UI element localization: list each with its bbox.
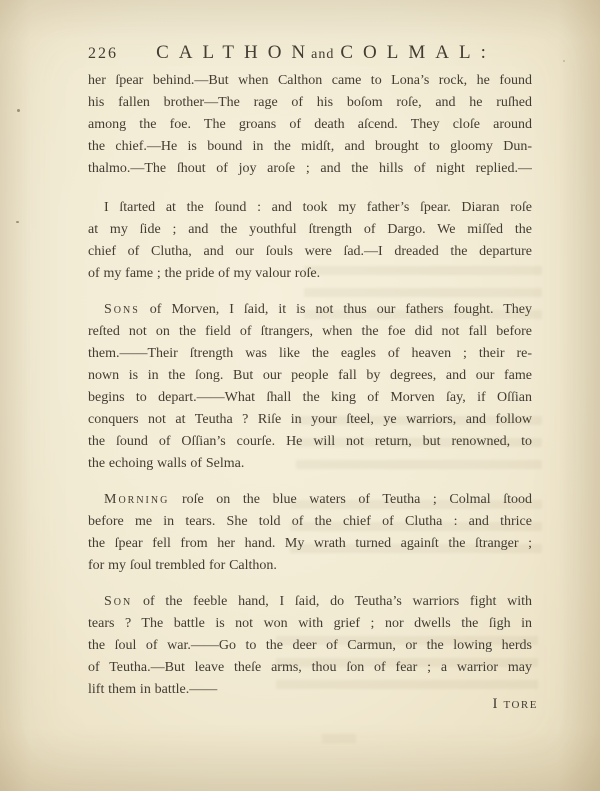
- catchword-rest: tore: [503, 696, 538, 712]
- text-line: reſted not on the field of ſtrangers, wh…: [88, 321, 532, 343]
- paragraph: Morning roſe on the blue waters of Teuth…: [88, 489, 532, 577]
- book-page: 226 CALTHONandCOLMAL: her ſpear behind.—…: [0, 0, 600, 791]
- show-through-signature: [322, 734, 356, 746]
- text-line: of Teutha.—But leave theſe arms, thou ſo…: [88, 657, 532, 679]
- text-line: lift them in battle.——: [88, 679, 532, 701]
- ink-speck: [17, 109, 20, 112]
- catchword: Itore: [492, 696, 538, 713]
- text-line: I ſtarted at the ſound : and took my fat…: [88, 197, 532, 219]
- text-line: among the foe. The groans of death aſcen…: [88, 114, 532, 136]
- text-line: tears ? The battle is not won with grief…: [88, 613, 532, 635]
- text-line: the chief.—He is bound in the midſt, and…: [88, 136, 532, 158]
- catchword-lead: I: [492, 696, 497, 712]
- text-line: Sons of Morven, I ſaid, it is not thus o…: [88, 299, 532, 321]
- text-line: the ſoul of war.——Go to the deer of Carm…: [88, 635, 532, 657]
- body-text: her ſpear behind.—But when Calthon came …: [88, 70, 532, 701]
- text-line: his fallen brother—The rage of his boſom…: [88, 92, 532, 114]
- text-line: them.——Their ſtrength was like the eagle…: [88, 343, 532, 365]
- paragraph: I ſtarted at the ſound : and took my fat…: [88, 197, 532, 285]
- text-line: begins to depart.——What ſhall the king o…: [88, 387, 532, 409]
- page-header: 226 CALTHONandCOLMAL:: [88, 42, 534, 64]
- text-line: thalmo.—The ſhout of joy aroſe ; and the…: [88, 158, 532, 180]
- text-line: at my ſide ; and the youthful ſtrength o…: [88, 219, 532, 241]
- paragraph: her ſpear behind.—But when Calthon came …: [88, 70, 532, 180]
- text-line: the echoing walls of Selma.: [88, 453, 532, 475]
- paragraph: Sons of Morven, I ſaid, it is not thus o…: [88, 299, 532, 475]
- text-line: before me in tears. She told of the chie…: [88, 511, 532, 533]
- paragraph-lead: Sons: [104, 302, 140, 317]
- paragraph-lead: Son: [104, 594, 132, 609]
- text-line: chief of Clutha, and our ſouls were ſad.…: [88, 241, 532, 263]
- title-conjunction: and: [311, 47, 334, 62]
- title-word-colmal: COLMAL: [340, 42, 480, 63]
- page-number: 226: [88, 45, 118, 63]
- title-word-calthon: CALTHON: [156, 42, 315, 63]
- ink-speck: [16, 221, 19, 223]
- text-line-rest: of the feeble hand, I ſaid, do Teutha’s …: [132, 594, 532, 609]
- running-title: CALTHONandCOLMAL:: [118, 42, 534, 64]
- text-line: nown is in the ſong. But our people fall…: [88, 365, 532, 387]
- text-line: of my fame ; the pride of my valour roſe…: [88, 263, 532, 285]
- title-colon: :: [481, 42, 496, 63]
- text-line: the ſpear fell from her hand. My wrath t…: [88, 533, 532, 555]
- paragraph-lead: Morning: [104, 492, 169, 507]
- text-line: conquers not at Teutha ? Riſe in your ſt…: [88, 409, 532, 431]
- text-line: the ſound of Oſſian’s courſe. He will no…: [88, 431, 532, 453]
- text-line: Son of the feeble hand, I ſaid, do Teuth…: [88, 591, 532, 613]
- text-line: for my ſoul trembled for Calthon.: [88, 555, 532, 577]
- text-line-rest: roſe on the blue waters of Teutha ; Colm…: [169, 492, 532, 507]
- text-line-rest: of Morven, I ſaid, it is not thus our fa…: [140, 302, 532, 317]
- text-line: Morning roſe on the blue waters of Teuth…: [88, 489, 532, 511]
- ink-speck: [563, 60, 565, 62]
- paragraph: Son of the feeble hand, I ſaid, do Teuth…: [88, 591, 532, 701]
- text-line: her ſpear behind.—But when Calthon came …: [88, 70, 532, 92]
